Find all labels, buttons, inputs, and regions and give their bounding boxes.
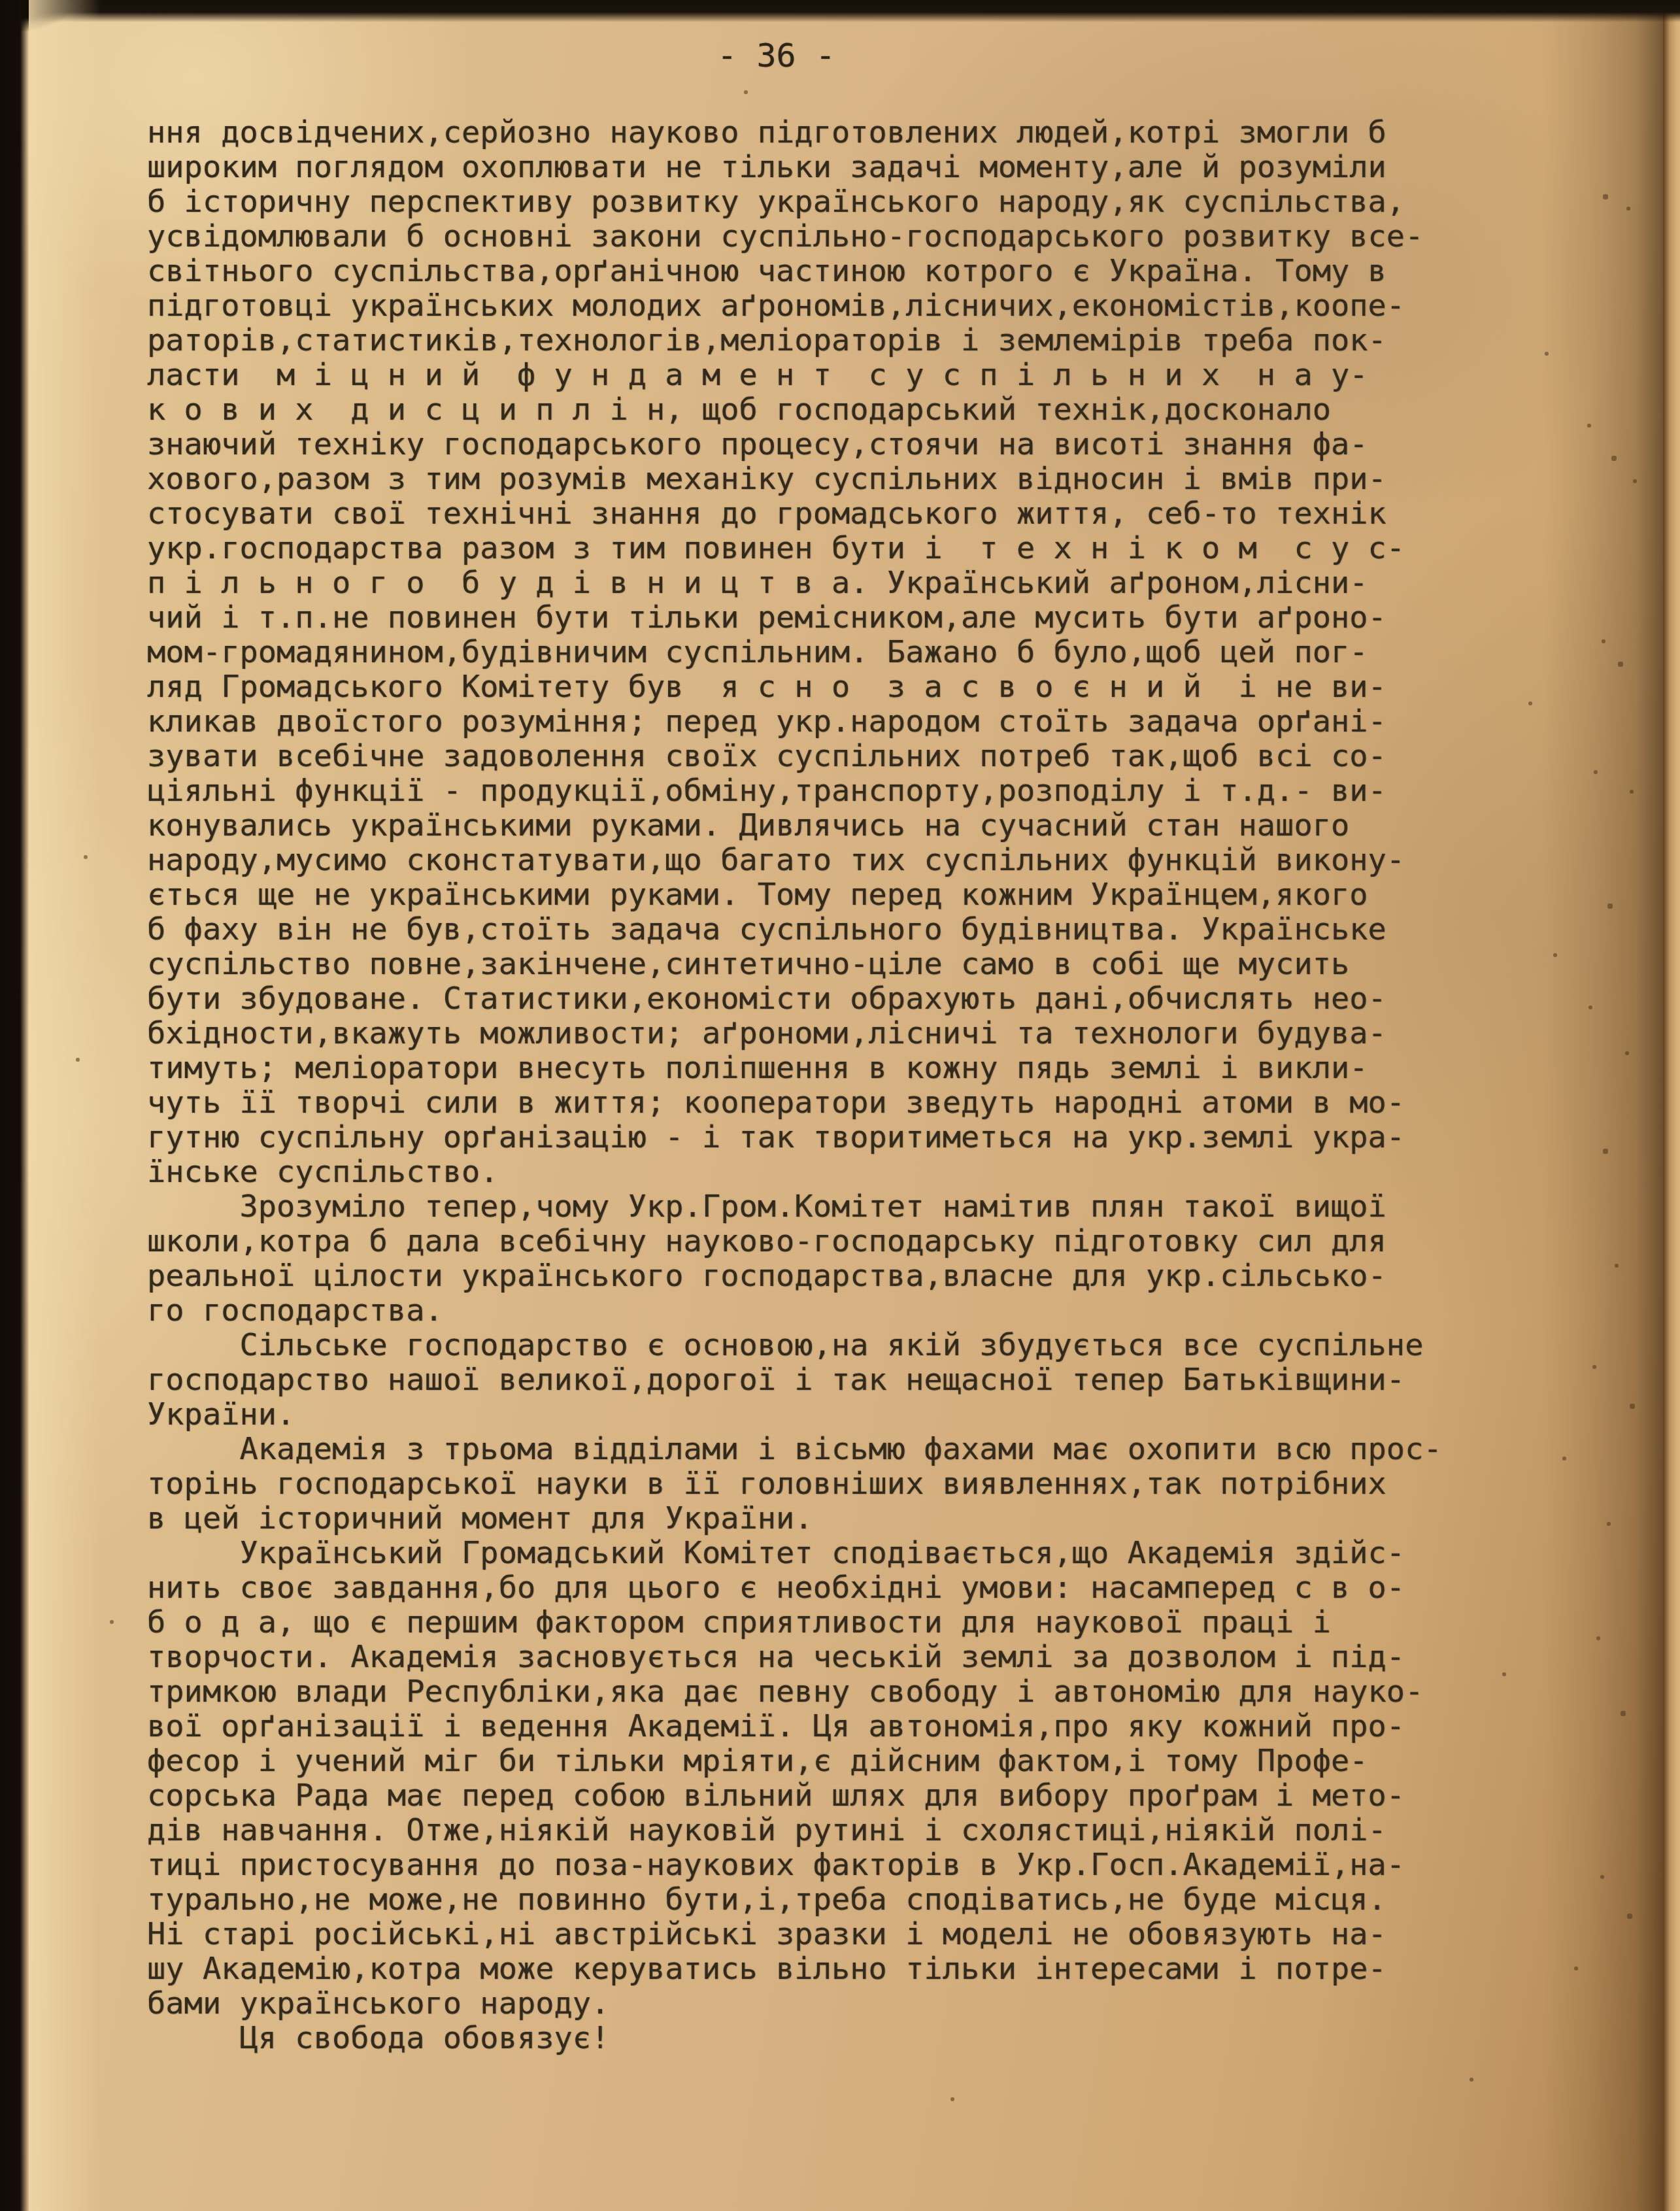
text-line: чий і т.п.не повинен бути тільки ремісни…: [147, 600, 1520, 635]
page-number: - 36 -: [147, 38, 1405, 73]
text-line: реальної цілости українського господарст…: [147, 1258, 1520, 1293]
text-line: ння досвідчених,серйозно науково підгото…: [147, 115, 1520, 150]
text-line: школи,котра б дала всебічну науково-госп…: [147, 1224, 1520, 1258]
text-line: знаючий техніку господарського процесу,с…: [147, 427, 1520, 462]
text-line: Ця свобода обовязує!: [147, 2021, 1520, 2055]
text-line: бхідности,вкажуть можливости; аґрономи,л…: [147, 1016, 1520, 1051]
text-line: п і л ь н о г о б у д і в н и ц т в а. У…: [147, 565, 1520, 600]
text-line: вої орґанізації і ведення Академії. Ця а…: [147, 1709, 1520, 1744]
paper-noise: [0, 0, 1, 1]
text-line: світнього суспільства,орґанічною частино…: [147, 254, 1520, 288]
text-line: широким поглядом охоплювати не тільки за…: [147, 150, 1520, 184]
text-line: ціяльні функції - продукції,обміну,транс…: [147, 773, 1520, 808]
text-line: стосувати свої технічні знання до громад…: [147, 496, 1520, 531]
text-line: тимуть; меліоратори внесуть поліпшення в…: [147, 1051, 1520, 1085]
text-line: раторів,статистиків,технологів,меліорато…: [147, 323, 1520, 358]
text-line: Ні старі російські,ні австрійські зразки…: [147, 1917, 1520, 1951]
text-line: кликав двоїстого розуміння; перед укр.на…: [147, 704, 1520, 739]
text-line: народу,мусимо сконстатувати,що багато ти…: [147, 843, 1520, 877]
text-line: торінь господарської науки в її головніш…: [147, 1466, 1520, 1501]
text-line: тримкою влади Республіки,яка дає певну с…: [147, 1674, 1520, 1709]
text-line: б о д а, що є першим фактором сприятливо…: [147, 1605, 1520, 1640]
text-line: тиці пристосування до поза-наукових факт…: [147, 1848, 1520, 1882]
text-line: укр.господарства разом з тим повинен бут…: [147, 531, 1520, 565]
text-line: гутню суспільну орґанізацію - і так твор…: [147, 1120, 1520, 1155]
text-line: мом-громадянином,будівничим суспільним. …: [147, 635, 1520, 669]
text-line: ляд Громадського Комітету був я с н о з …: [147, 669, 1520, 704]
text-line: зувати всебічне задоволення своїх суспіл…: [147, 739, 1520, 773]
text-line: сорська Рада має перед собою вільний шля…: [147, 1778, 1520, 1813]
text-line: турально,не може,не повинно бути,і,треба…: [147, 1882, 1520, 1917]
text-line: підготовці українських молодих аґрономів…: [147, 288, 1520, 323]
text-line: господарство нашої великої,дорогої і так…: [147, 1362, 1520, 1397]
text-line: Зрозуміло тепер,чому Укр.Гром.Комітет на…: [147, 1189, 1520, 1224]
text-line: Сільське господарство є основою,на якій …: [147, 1328, 1520, 1362]
text-line: бути збудоване. Статистики,економісти об…: [147, 981, 1520, 1016]
text-line: шу Академію,котра може керуватись вільно…: [147, 1951, 1520, 1986]
text-line: нить своє завдання,бо для цього є необхі…: [147, 1570, 1520, 1605]
text-line: го господарства.: [147, 1293, 1520, 1328]
text-line: бами українського народу.: [147, 1986, 1520, 2021]
typewritten-text: ння досвідчених,серйозно науково підгото…: [147, 115, 1520, 2055]
text-line: творчости. Академія засновується на чесь…: [147, 1640, 1520, 1674]
text-line: ласти м і ц н и й ф у н д а м е н т с у …: [147, 358, 1520, 392]
text-line: к о в и х д и с ц и п л і н, щоб господа…: [147, 392, 1520, 427]
text-line: конувались українськими руками. Дивлячис…: [147, 808, 1520, 843]
scanned-page: - 36 - ння досвідчених,серйозно науково …: [0, 0, 1680, 2211]
text-line: б фаху він не був,стоїть задача суспільн…: [147, 912, 1520, 947]
paper-edge-highlight: [29, 0, 101, 2211]
text-line: дів навчання. Отже,ніякій науковій рутин…: [147, 1813, 1520, 1848]
text-line: України.: [147, 1397, 1520, 1432]
text-line: фесор і учений міг би тільки мріяти,є ді…: [147, 1744, 1520, 1778]
text-line: усвідомлювали б основні закони суспільно…: [147, 219, 1520, 254]
text-line: чуть її творчі сили в життя; кооператори…: [147, 1085, 1520, 1120]
text-line: в цей історичний момент для України.: [147, 1501, 1520, 1536]
text-line: хового,разом з тим розумів механіку сусп…: [147, 462, 1520, 496]
text-line: Академія з трьома відділами і вісьмю фах…: [147, 1432, 1520, 1466]
text-line: їнське суспільство.: [147, 1155, 1520, 1189]
text-line: Український Громадський Комітет сподіває…: [147, 1536, 1520, 1570]
text-line: б історичну перспективу розвитку українс…: [147, 184, 1520, 219]
page-gutter-shadow: [1543, 0, 1680, 2211]
text-line: суспільство повне,закінчене,синтетично-ц…: [147, 947, 1520, 981]
next-page-edge: [1663, 0, 1680, 2211]
scan-edge-left: [0, 0, 29, 2211]
text-line: ється ще не українськими руками. Тому пе…: [147, 877, 1520, 912]
scan-edge-top: [0, 0, 1680, 22]
